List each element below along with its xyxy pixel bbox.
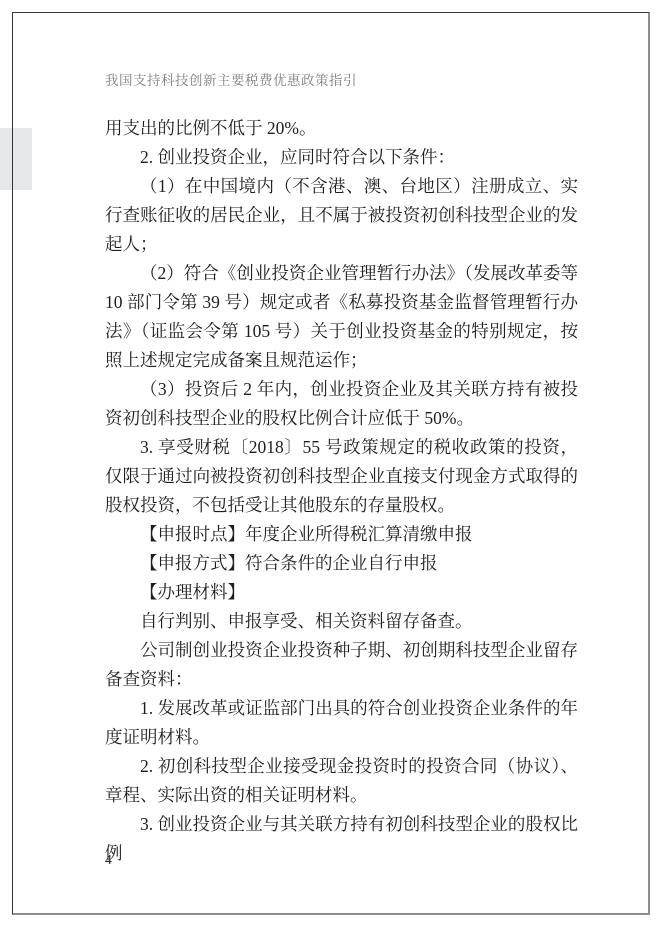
paragraph-material-2: 2. 初创科技型企业接受现金投资时的投资合同（协议）、章程、实际出资的相关证明材… [105,752,578,810]
paragraph-condition-3: （3）投资后 2 年内，创业投资企业及其关联方持有被投资初创科技型企业的股权比例… [105,375,578,433]
paragraph-declare-method: 【申报方式】符合条件的企业自行申报 [105,549,578,578]
paragraph-material-3: 3. 创业投资企业与其关联方持有初创科技型企业的股权比例 [105,810,578,868]
paragraph-item-3: 3. 享受财税〔2018〕55 号政策规定的税收政策的投资，仅限于通过向被投资初… [105,433,578,520]
paragraph-materials-heading: 【办理材料】 [105,578,578,607]
paragraph-condition-2: （2）符合《创业投资企业管理暂行办法》（发展改革委等 10 部门令第 39 号）… [105,259,578,375]
paragraph-materials-list-intro: 公司制创业投资企业投资种子期、初创期科技型企业留存备查资料： [105,636,578,694]
page-number: 4 [105,851,112,869]
paragraph-material-1: 1. 发展改革或证监部门出具的符合创业投资企业条件的年度证明材料。 [105,694,578,752]
paragraph-declare-time: 【申报时点】年度企业所得税汇算清缴申报 [105,520,578,549]
paragraph-item-2: 2. 创业投资企业，应同时符合以下条件： [105,143,578,172]
paragraph-continuation: 用支出的比例不低于 20%。 [105,114,578,143]
running-header: 我国支持科技创新主要税费优惠政策指引 [105,72,357,90]
body-text: 用支出的比例不低于 20%。 2. 创业投资企业，应同时符合以下条件： （1）在… [105,114,578,868]
paragraph-condition-1: （1）在中国境内（不含港、澳、台地区）注册成立、实行查账征收的居民企业，且不属于… [105,172,578,259]
paragraph-materials-intro: 自行判别、申报享受、相关资料留存备查。 [105,607,578,636]
document-page: 我国支持科技创新主要税费优惠政策指引 用支出的比例不低于 20%。 2. 创业投… [0,0,664,929]
